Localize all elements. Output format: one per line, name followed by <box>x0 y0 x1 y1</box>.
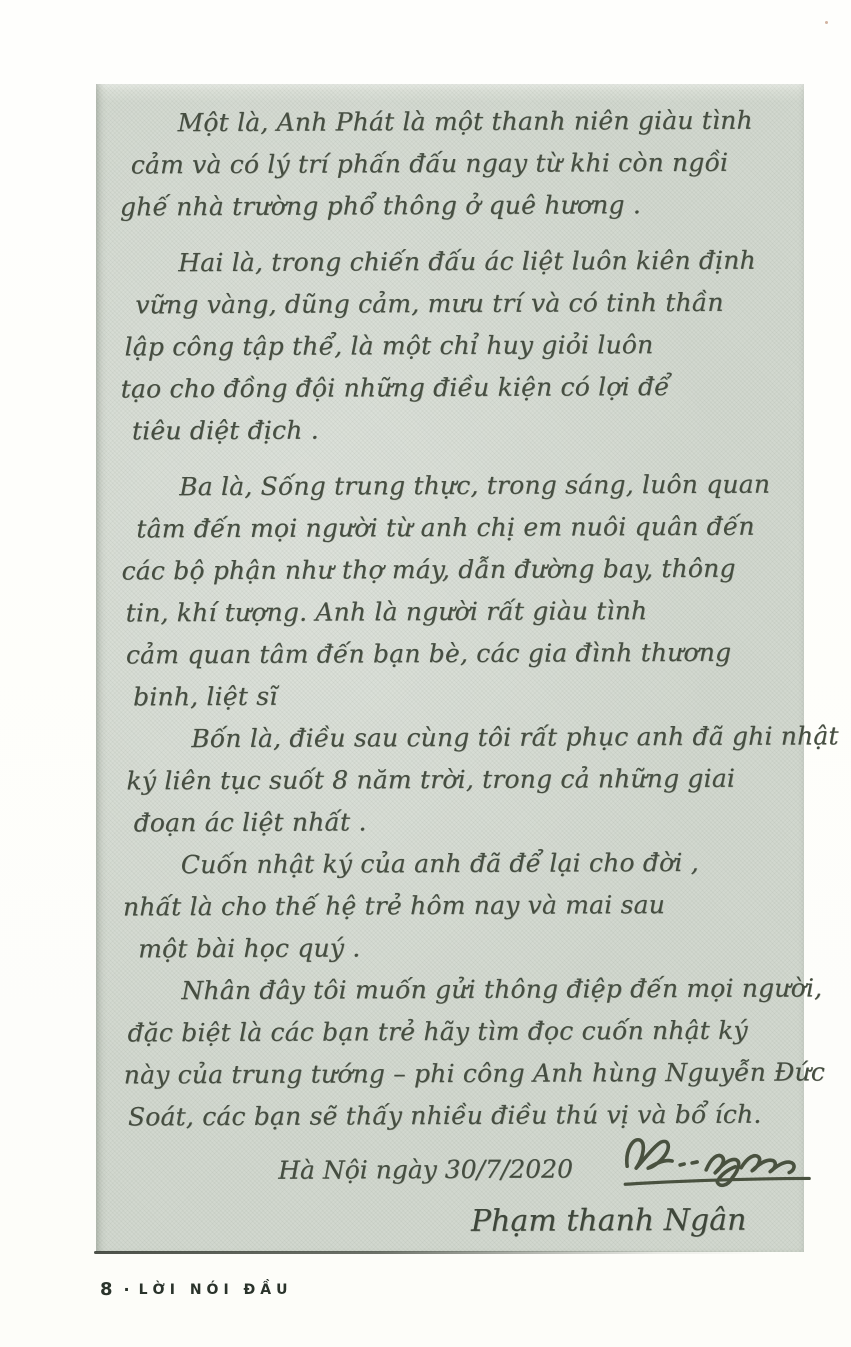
handwritten-line: các bộ phận như thợ máy, dẫn đường bay, … <box>121 548 777 593</box>
signature-scribble-icon <box>617 1129 817 1192</box>
handwritten-line: Bốn là, điều sau cùng tôi rất phục anh đ… <box>137 716 778 761</box>
section-title: LỜI NÓI ĐẦU <box>139 1282 293 1298</box>
scan-speck <box>825 21 828 24</box>
handwritten-line: đặc biệt là các bạn trẻ hãy tìm đọc cuốn… <box>127 1010 779 1055</box>
handwritten-line: vững vàng, dũng cảm, mưu trí và có tinh … <box>135 282 776 327</box>
handwritten-line: tạo cho đồng đội những điều kiện có lợi … <box>121 366 777 411</box>
handwritten-line: ký liên tục suốt 8 năm trời, trong cả nh… <box>126 758 778 803</box>
handwritten-line: Một là, Anh Phát là một thanh niên giàu … <box>124 100 776 145</box>
handwritten-line: một bài học quý . <box>138 926 779 971</box>
signature-name: Phạm thanh Ngân <box>128 1198 780 1247</box>
handwritten-line: cảm quan tâm đến bạn bè, các gia đình th… <box>126 632 778 677</box>
handwritten-line: này của trung tướng – phi công Anh hùng … <box>124 1052 780 1097</box>
handwritten-line: ghế nhà trường phổ thông ở quê hương . <box>120 184 776 229</box>
handwritten-line: lập công tập thể, là một chỉ huy giỏi lu… <box>124 324 776 369</box>
handwritten-text-block: Một là, Anh Phát là một thanh niên giàu … <box>124 100 781 1247</box>
handwritten-line: nhất là cho thế hệ trẻ hôm nay và mai sa… <box>123 884 779 929</box>
handwritten-line: Hai là, trong chiến đấu ác liệt luôn kiê… <box>124 240 776 285</box>
handwritten-line: tiêu diệt địch . <box>132 408 777 453</box>
handwritten-line: tâm đến mọi người từ anh chị em nuôi quâ… <box>136 506 777 551</box>
date-line: Hà Nội ngày 30/7/2020 <box>278 1154 573 1184</box>
handwritten-line: Nhân đây tôi muốn gửi thông điệp đến mọi… <box>127 968 779 1013</box>
scanned-book-page: Một là, Anh Phát là một thanh niên giàu … <box>0 0 851 1347</box>
letter-paper-scan: Một là, Anh Phát là một thanh niên giàu … <box>96 84 804 1252</box>
handwritten-line: cảm và có lý trí phấn đấu ngay từ khi cò… <box>131 142 776 187</box>
closing-row: Hà Nội ngày 30/7/2020 <box>128 1144 780 1195</box>
handwritten-line: Cuốn nhật ký của anh đã để lại cho đời , <box>127 842 779 887</box>
handwritten-line: đoạn ác liệt nhất . <box>134 800 779 845</box>
handwritten-line: tin, khí tượng. Anh là người rất giàu tì… <box>126 590 778 635</box>
footer-dot: · <box>124 1280 130 1299</box>
handwritten-line: binh, liệt sĩ <box>133 674 778 719</box>
handwritten-line: Ba là, Sống trung thực, trong sáng, luôn… <box>125 464 777 509</box>
page-number: 8 <box>100 1279 114 1300</box>
page-footer: 8 · LỜI NÓI ĐẦU <box>100 1279 292 1300</box>
